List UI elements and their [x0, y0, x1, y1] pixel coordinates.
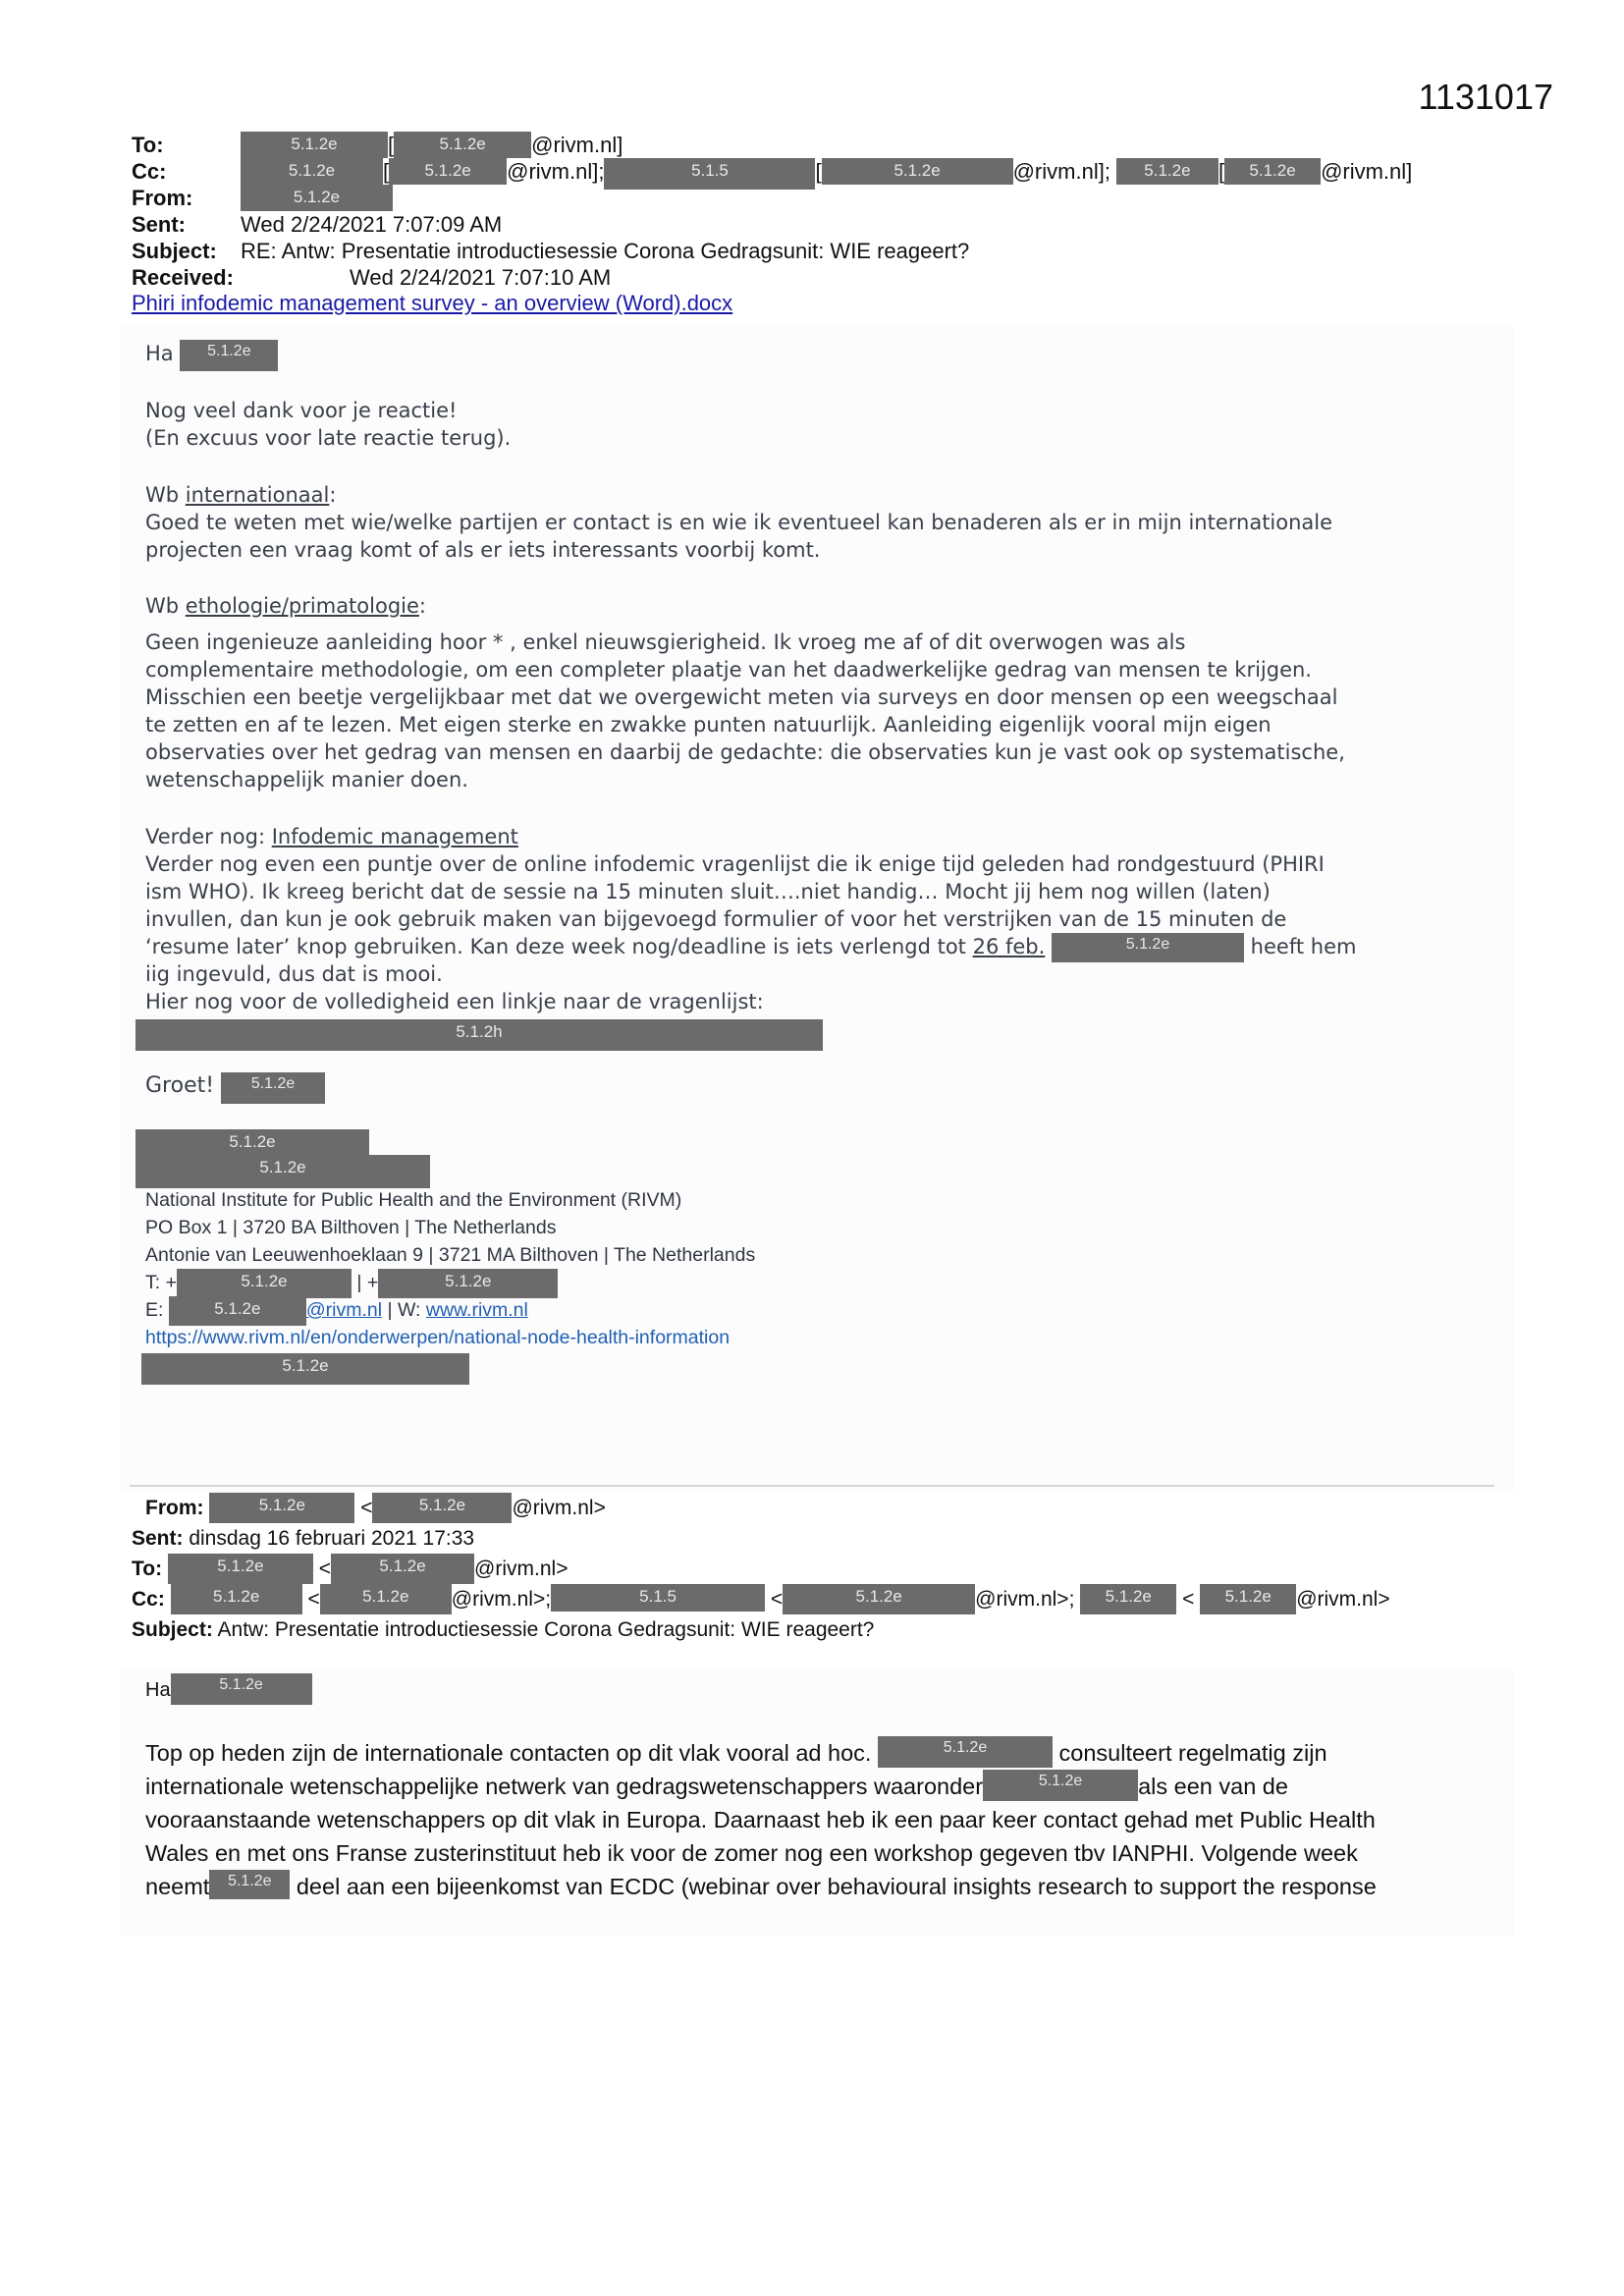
body-line: Hier nog voor de volledigheid een linkje… — [145, 988, 764, 1016]
body-line: te zetten en af te lezen. Met eigen ster… — [145, 711, 1272, 739]
to-row: To: 5.1.2e <5.1.2e@rivm.nl> — [132, 1554, 1390, 1584]
to-label: To: — [132, 132, 241, 158]
redaction: 5.1.2e — [135, 1155, 430, 1188]
forwarded-header: From: 5.1.2e <5.1.2e@rivm.nl> Sent: dins… — [132, 1493, 1390, 1645]
body-line: Nog veel dank voor je reactie! — [145, 397, 457, 425]
subject-row: Subject: Antw: Presentatie introductiese… — [132, 1614, 1390, 1645]
body-line: Verder nog even een puntje over de onlin… — [145, 850, 1325, 879]
sent-row: Sent: dinsdag 16 februari 2021 17:33 — [132, 1523, 1390, 1554]
email-header: To:5.1.2e[5.1.2e@rivm.nl] Cc:5.1.2e[5.1.… — [132, 132, 1412, 291]
received-row: Received:Wed 2/24/2021 7:07:10 AM — [132, 264, 1412, 291]
attachment-link[interactable]: Phiri infodemic management survey - an o… — [132, 291, 732, 316]
redaction: 5.1.2e — [1052, 933, 1244, 962]
body-line: neemt5.1.2e deel aan een bijeenkomst van… — [145, 1870, 1377, 1903]
body-line: complementaire methodologie, om een comp… — [145, 656, 1312, 684]
body-line: (En excuus voor late reactie terug). — [145, 424, 511, 453]
from-label: From: — [132, 185, 241, 211]
redaction: 5.1.2e — [241, 158, 383, 185]
redaction: 5.1.2e — [783, 1584, 975, 1614]
redaction: 5.1.2e — [378, 1269, 558, 1298]
national-node-link[interactable]: https://www.rivm.nl/en/onderwerpen/natio… — [145, 1324, 730, 1352]
email-link[interactable]: @rivm.nl — [306, 1299, 382, 1321]
redaction: 5.1.2e — [168, 1554, 313, 1584]
body-line: iig ingevuld, dus dat is mooi. — [145, 960, 443, 989]
body-line: Goed te weten met wie/welke partijen er … — [145, 509, 1332, 537]
body-line: observaties over het gedrag van mensen e… — [145, 738, 1345, 767]
body-line: Top op heden zijn de internationale cont… — [145, 1736, 1327, 1770]
redaction: 5.1.2e — [320, 1584, 452, 1614]
redaction: 5.1.2e — [241, 185, 393, 211]
redaction: 5.1.2e — [1200, 1584, 1296, 1614]
redaction: 5.1.2e — [169, 1296, 306, 1326]
signature-phone: T: +5.1.2e | +5.1.2e — [145, 1269, 558, 1298]
to-domain: @rivm.nl] — [531, 133, 623, 157]
redaction: 5.1.2e — [822, 158, 1013, 185]
body-line: invullen, dan kun je ook gebruik maken v… — [145, 905, 1286, 934]
sent-row: Sent:Wed 2/24/2021 7:07:09 AM — [132, 211, 1412, 238]
redaction: 5.1.2e — [209, 1870, 290, 1899]
received-value: Wed 2/24/2021 7:07:10 AM — [350, 264, 611, 291]
sent-value: Wed 2/24/2021 7:07:09 AM — [241, 211, 502, 238]
greeting: Ha5.1.2e — [145, 1673, 312, 1707]
redaction: 5.1.2e — [1116, 158, 1218, 185]
cc-domain: @rivm.nl]; — [507, 159, 604, 184]
greeting: Ha 5.1.2e — [145, 340, 278, 371]
redaction: 5.1.2e — [171, 1584, 302, 1614]
cc-domain: @rivm.nl]; — [1013, 159, 1110, 184]
body-line: vooraanstaande wetenschappers op dit vla… — [145, 1803, 1376, 1836]
body-line: wetenschappelijk manier doen. — [145, 766, 468, 794]
redaction: 5.1.2e — [180, 340, 278, 371]
sent-label: Sent: — [132, 211, 241, 238]
cc-domain: @rivm.nl] — [1321, 159, 1412, 184]
cc-row: Cc: 5.1.2e <5.1.2e@rivm.nl>;5.1.5 <5.1.2… — [132, 1584, 1390, 1614]
signature-po-box: PO Box 1 | 3720 BA Bilthoven | The Nethe… — [145, 1214, 556, 1242]
body-line: internationale wetenschappelijke netwerk… — [145, 1770, 1288, 1803]
signature-address: Antonie van Leeuwenhoeklaan 9 | 3721 MA … — [145, 1241, 755, 1270]
redaction: 5.1.5 — [551, 1584, 765, 1612]
cc-row: Cc:5.1.2e[5.1.2e@rivm.nl];5.1.5[5.1.2e@r… — [132, 158, 1412, 185]
section-heading-infodemic: Verder nog: Infodemic management — [145, 823, 518, 851]
signature-email: E: 5.1.2e@rivm.nl | W: www.rivm.nl — [145, 1296, 528, 1326]
redaction: 5.1.2e — [331, 1554, 474, 1584]
from-row: From: 5.1.2e <5.1.2e@rivm.nl> — [132, 1493, 1390, 1523]
cc-label: Cc: — [132, 158, 241, 185]
body-line: Misschien een beetje vergelijkbaar met d… — [145, 683, 1337, 712]
section-heading-internationaal: Wb internationaal: — [145, 481, 336, 510]
received-label: Received: — [132, 264, 350, 291]
redaction: 5.1.2e — [209, 1493, 354, 1523]
body-line: projecten een vraag komt of als er iets … — [145, 536, 820, 565]
signature-org: National Institute for Public Health and… — [145, 1186, 681, 1215]
from-row: From:5.1.2e — [132, 185, 1412, 211]
redaction: 5.1.2e — [983, 1770, 1138, 1801]
redaction: 5.1.2e — [221, 1072, 325, 1104]
redaction: 5.1.2e — [372, 1493, 512, 1523]
redaction: 5.1.2e — [135, 1129, 369, 1155]
body-line: ism WHO). Ik kreeg bericht dat de sessie… — [145, 878, 1271, 906]
redaction: 5.1.2e — [878, 1736, 1053, 1768]
body-line: ‘resume later’ knop gebruiken. Kan deze … — [145, 933, 1356, 962]
body-line: Geen ingenieuze aanleiding hoor * , enke… — [145, 629, 1185, 657]
subject-label: Subject: — [132, 238, 241, 264]
redaction: 5.1.2e — [171, 1673, 312, 1705]
redaction: 5.1.2e — [389, 158, 507, 185]
section-heading-ethologie: Wb ethologie/primatologie: — [145, 592, 426, 621]
body-line: Wales en met ons Franse zusterinstituut … — [145, 1836, 1358, 1870]
deadline-date: 26 feb. — [973, 935, 1046, 958]
redaction: 5.1.2e — [177, 1269, 352, 1298]
redaction: 5.1.2e — [241, 132, 388, 158]
redaction: 5.1.2e — [1224, 158, 1321, 185]
subject-value: RE: Antw: Presentatie introductiesessie … — [241, 238, 969, 264]
separator — [130, 1485, 1494, 1487]
to-row: To:5.1.2e[5.1.2e@rivm.nl] — [132, 132, 1412, 158]
redacted-link: 5.1.2h — [135, 1019, 823, 1051]
redaction: 5.1.2e — [141, 1353, 469, 1385]
closing: Groet! 5.1.2e — [145, 1072, 325, 1104]
redaction: 5.1.2e — [394, 132, 531, 158]
redaction: 5.1.2e — [1080, 1584, 1176, 1614]
document-id: 1131017 — [1419, 77, 1553, 118]
website-link[interactable]: www.rivm.nl — [426, 1299, 528, 1321]
subject-row: Subject:RE: Antw: Presentatie introducti… — [132, 238, 1412, 264]
